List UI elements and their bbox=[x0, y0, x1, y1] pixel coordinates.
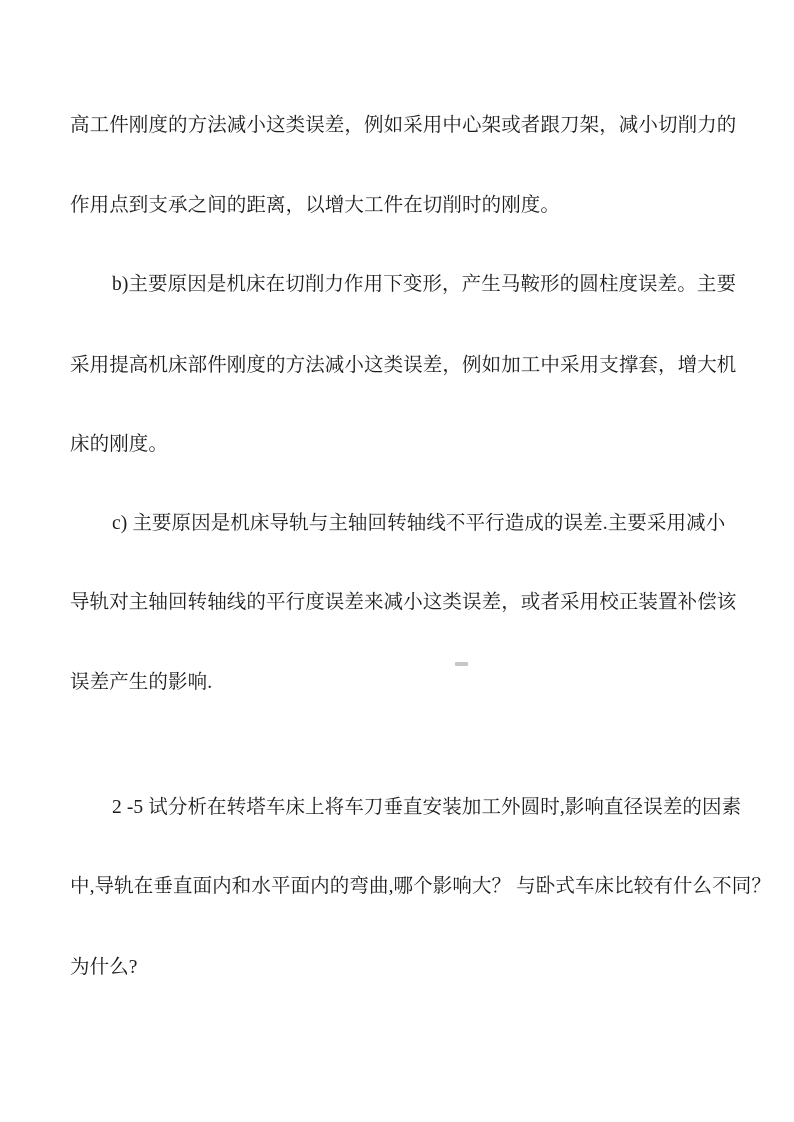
document-line: 采用提高机床部件刚度的方法减小这类误差，例如加工中采用支撑套，增大机 bbox=[70, 354, 736, 378]
document-line-answer-b: b)主要原因是机床在切削力作用下变形，产生马鞍形的圆柱度误差。主要 bbox=[112, 273, 736, 297]
document-line: 中,导轨在垂直面内和水平面内的弯曲,哪个影响大？ 与卧式车床比较有什么不同？ bbox=[70, 875, 771, 899]
document-line: 作用点到支承之间的距离，以增大工件在切削时的刚度。 bbox=[70, 194, 560, 218]
faint-dash-artifact bbox=[455, 662, 468, 666]
document-line: 误差产生的影响. bbox=[70, 671, 212, 695]
document-line: 导轨对主轴回转轴线的平行度误差来减小这类误差，或者采用校正装置补偿该 bbox=[70, 591, 736, 615]
document-line: 高工件刚度的方法减小这类误差，例如采用中心架或者跟刀架，减小切削力的 bbox=[70, 114, 736, 138]
document-page: 高工件刚度的方法减小这类误差，例如采用中心架或者跟刀架，减小切削力的 作用点到支… bbox=[0, 0, 794, 1122]
document-line: 床的刚度。 bbox=[70, 433, 168, 457]
document-line: 为什么? bbox=[70, 956, 138, 980]
document-line-answer-c: c) 主要原因是机床导轨与主轴回转轴线不平行造成的误差.主要采用减小 bbox=[112, 512, 725, 536]
document-line-question-2-5: 2 -5 试分析在转塔车床上将车刀垂直安装加工外圆时,影响直径误差的因素 bbox=[112, 796, 741, 820]
